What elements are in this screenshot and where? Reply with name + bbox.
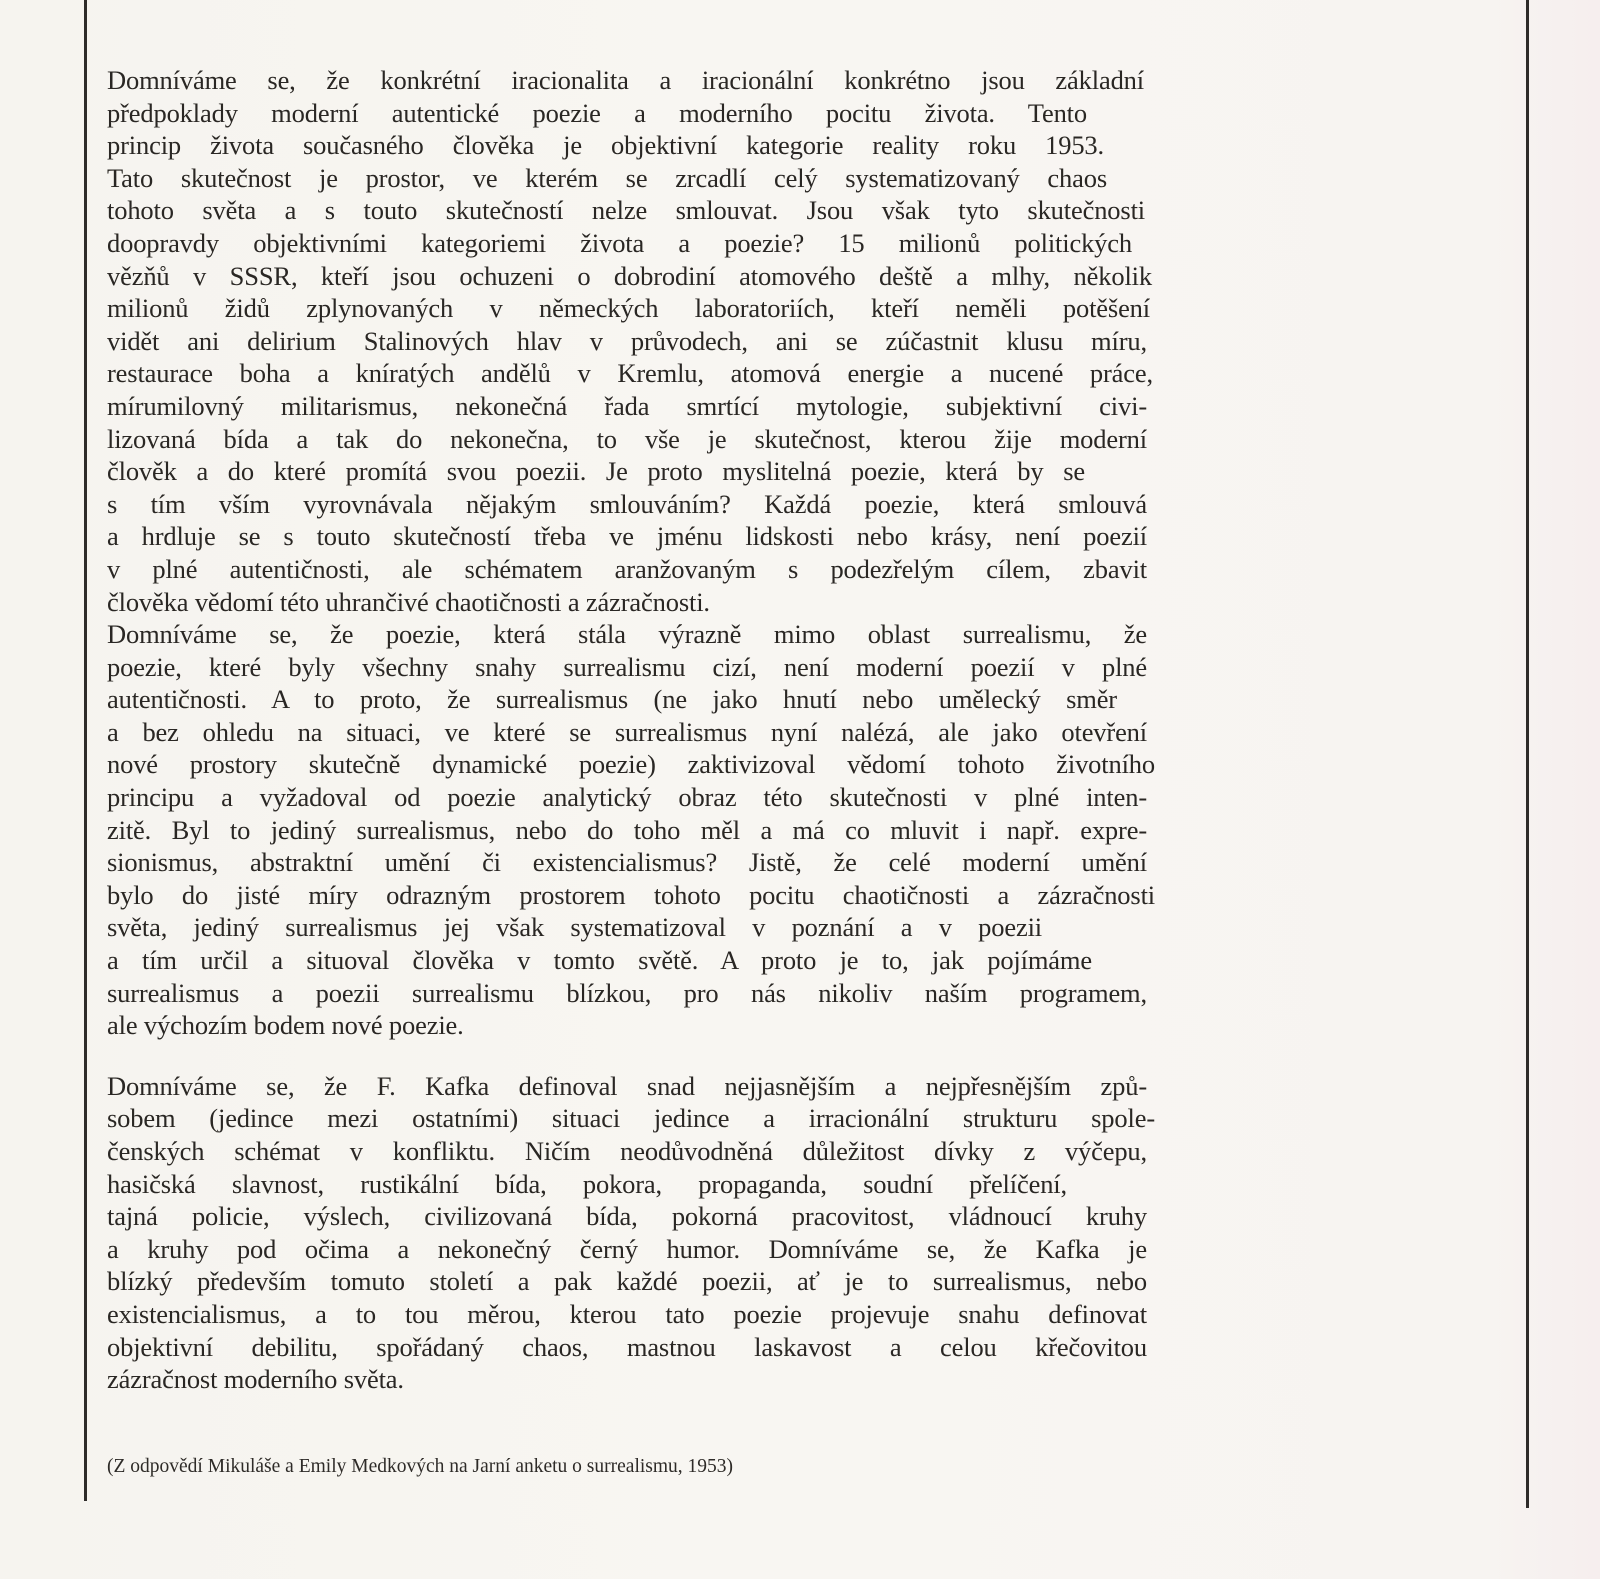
text-line: a kruhy pod očima a nekonečný černý humo… (107, 1233, 1147, 1266)
paragraph-1: Domníváme se, že konkrétní iracionalita … (107, 64, 1167, 618)
text-line: milionů židů zplynovaných v německých la… (107, 292, 1150, 325)
text-line: nové prostory skutečně dynamické poezie)… (107, 748, 1155, 781)
text-line: zázračnost moderního světa. (107, 1363, 507, 1396)
text-line: tajná policie, výslech, civilizovaná bíd… (107, 1200, 1147, 1233)
book-page: Domníváme se, že konkrétní iracionalita … (0, 0, 1600, 1579)
text-line: existencialismus, a to tou měrou, kterou… (107, 1298, 1147, 1331)
text-line: poezie, které byly všechny snahy surreal… (107, 651, 1147, 684)
text-line: a tím určil a situoval člověka v tomto s… (107, 944, 1092, 977)
text-line: blízký především tomuto století a pak ka… (107, 1265, 1147, 1298)
text-line: Tato skutečnost je prostor, ve kterém se… (107, 162, 1107, 195)
text-line: vězňů v SSSR, kteří jsou ochuzeni o dobr… (107, 260, 1152, 293)
text-line: principu a vyžadoval od poezie analytick… (107, 781, 1147, 814)
text-line: člověka vědomí této uhrančivé chaotičnos… (107, 586, 867, 619)
text-line: doopravdy objektivními kategoriemi život… (107, 227, 1132, 260)
paragraph-2: Domníváme se, že poezie, která stála výr… (107, 618, 1167, 1042)
text-line: tohoto světa a s touto skutečností nelze… (107, 194, 1145, 227)
text-line: surrealismus a poezii surrealismu blízko… (107, 977, 1147, 1010)
text-line: předpoklady moderní autentické poezie a … (107, 97, 1087, 130)
text-line: restaurace boha a kníratých andělů v Kre… (107, 357, 1153, 390)
paragraph-3: Domníváme se, že F. Kafka definoval snad… (107, 1070, 1167, 1396)
text-line: sionismus, abstraktní umění či existenci… (107, 846, 1147, 879)
left-margin-rule (84, 0, 87, 1501)
text-line: hasičská slavnost, rustikální bída, poko… (107, 1168, 1067, 1201)
text-line: princip života současného člověka je obj… (107, 129, 1104, 162)
text-line: ale výchozím bodem nové poezie. (107, 1009, 567, 1042)
text-line: člověk a do které promítá svou poezii. J… (107, 455, 1085, 488)
right-margin-rule (1526, 0, 1529, 1508)
text-line: čenských schémat v konfliktu. Ničím neod… (107, 1135, 1147, 1168)
text-line: objektivní debilitu, spořádaný chaos, ma… (107, 1331, 1147, 1364)
text-line: vidět ani delirium Stalinových hlav v pr… (107, 325, 1147, 358)
text-line: v plné autentičnosti, ale schématem aran… (107, 553, 1147, 586)
text-line: Domníváme se, že konkrétní iracionalita … (107, 64, 1144, 97)
paragraph-spacer (107, 1042, 1167, 1070)
text-line: lizovaná bída a tak do nekonečna, to vše… (107, 423, 1147, 456)
text-line: autentičnosti. A to proto, že surrealism… (107, 683, 1117, 716)
text-line: a hrdluje se s touto skutečností třeba v… (107, 520, 1147, 553)
text-line: Domníváme se, že poezie, která stála výr… (107, 618, 1147, 651)
text-line: Domníváme se, že F. Kafka definoval snad… (107, 1070, 1147, 1103)
body-text: Domníváme se, že konkrétní iracionalita … (107, 64, 1167, 1396)
text-line: bylo do jisté míry odrazným prostorem to… (107, 879, 1155, 912)
text-line: mírumilovný militarismus, nekonečná řada… (107, 390, 1147, 423)
text-line: sobem (jedince mezi ostatními) situaci j… (107, 1102, 1155, 1135)
text-line: světa, jediný surrealismus jej však syst… (107, 911, 1042, 944)
text-line: s tím vším vyrovnávala nějakým smlouvání… (107, 488, 1147, 521)
source-citation: (Z odpovědí Mikuláše a Emily Medkových n… (107, 1455, 733, 1479)
text-line: a bez ohledu na situaci, ve které se sur… (107, 716, 1147, 749)
text-line: zitě. Byl to jediný surrealismus, nebo d… (107, 814, 1147, 847)
